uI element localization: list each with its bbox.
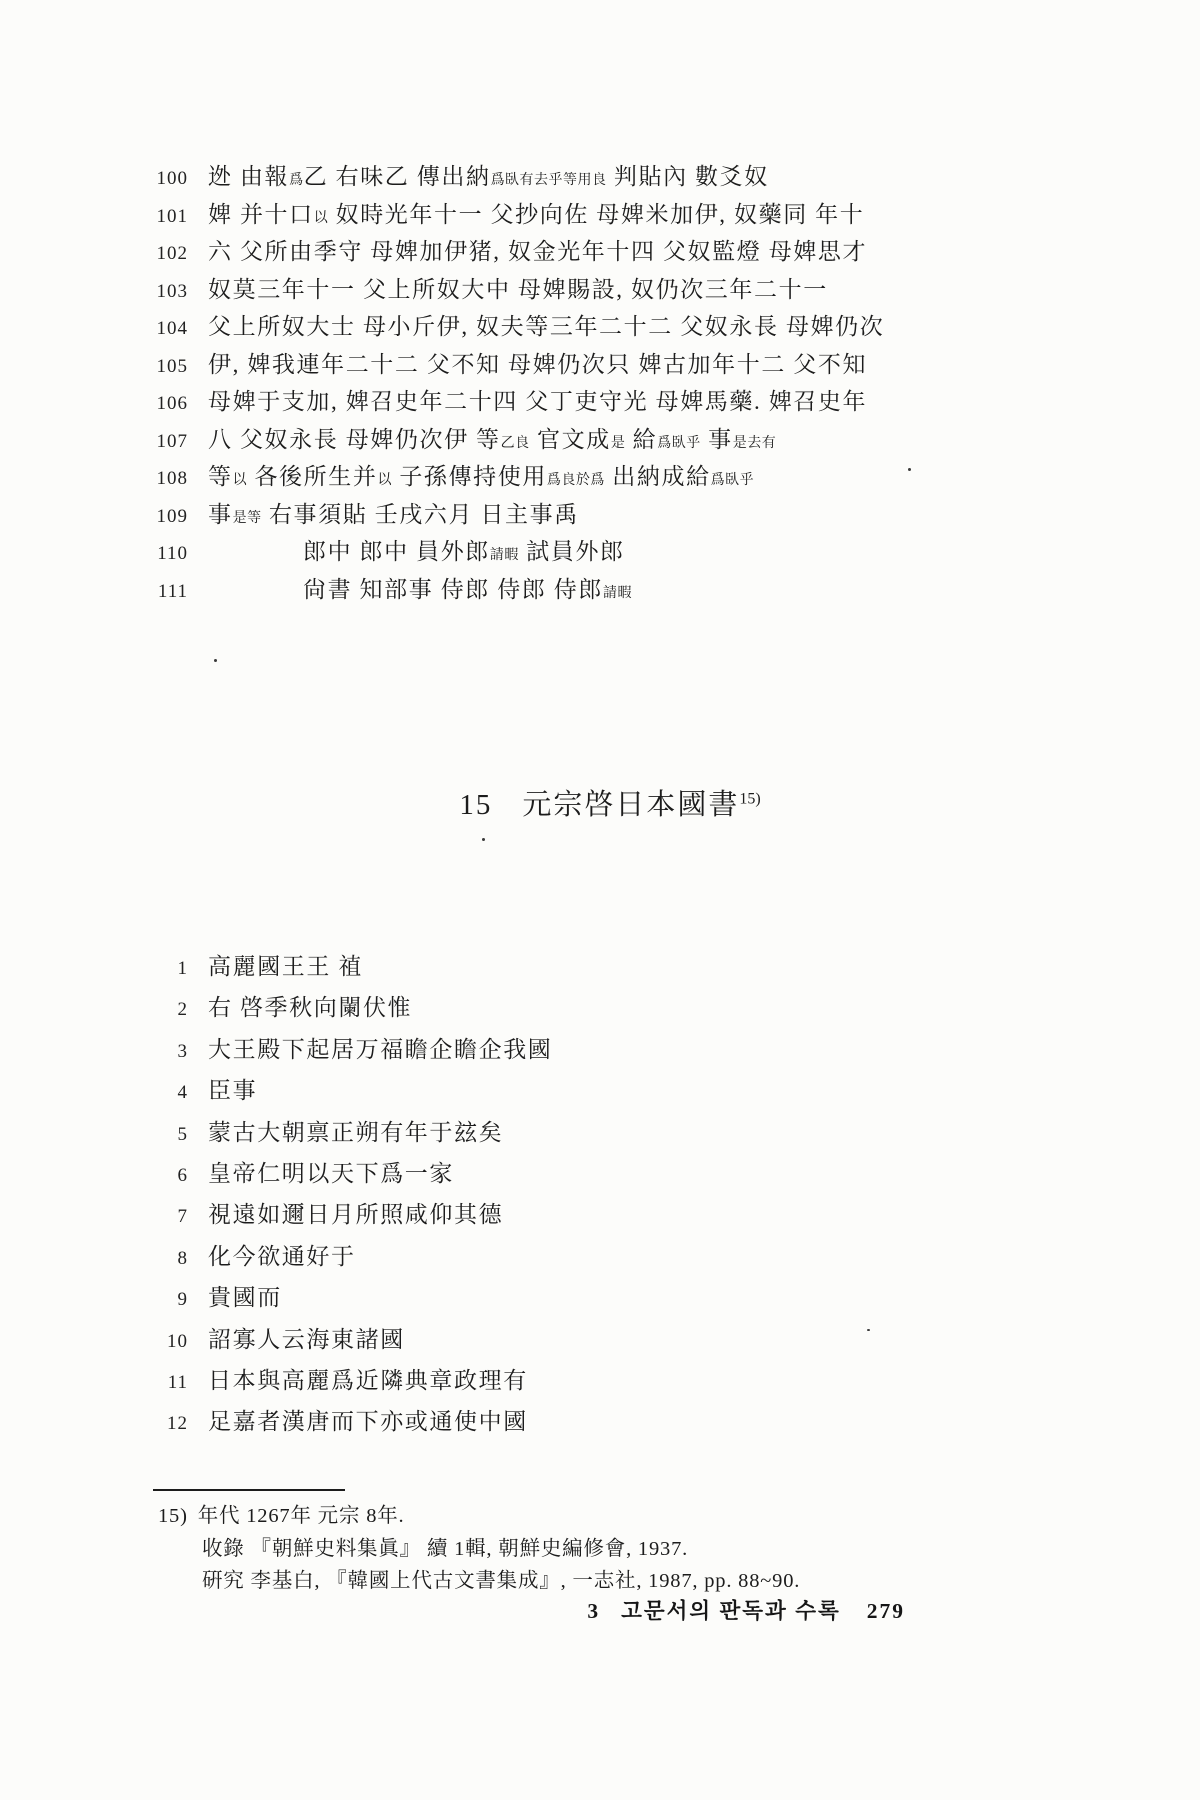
line-text: 足嘉者漢唐而下亦或通使中國 <box>208 1403 528 1436</box>
transcription-line: 11日本與高麗爲近隣典章政理有 <box>142 1362 552 1403</box>
footnote-line: 硏究 李基白, 『韓國上代古文書集成』, 一志社, 1987, pp. 88~9… <box>202 1565 800 1598</box>
main-text-segment: 大王殿下起居万福瞻企瞻企我國 <box>208 1037 552 1062</box>
line-number: 104 <box>142 318 188 340</box>
idu-gloss-text: 是去有 <box>733 436 777 451</box>
line-number: 3 <box>142 1041 188 1063</box>
line-number: 11 <box>142 1372 188 1394</box>
transcription-line: 6皇帝仁明以天下爲一家 <box>142 1155 552 1196</box>
transcription-line: 8化今欲通好于 <box>142 1238 552 1279</box>
main-text-segment: 八 父奴永長 母婢仍次伊 等 <box>208 427 501 452</box>
line-text: 母婢于支加, 婢召史年二十四 父丁吏守光 母婢馬藥. 婢召史年 <box>208 383 867 416</box>
section-number: 15 <box>459 789 492 821</box>
idu-gloss-text: 爲良於爲 <box>547 473 605 488</box>
footnote-separator-rule <box>153 1489 345 1491</box>
transcription-line: 2右 啓季秋向闌伏惟 <box>142 989 552 1030</box>
main-text-segment: 子孫傳持使用 <box>392 464 547 489</box>
idu-gloss-text: 以 <box>233 473 248 488</box>
idu-gloss-text: 乙良 <box>501 436 530 451</box>
line-number: 111 <box>142 581 188 603</box>
main-text-segment: 判貼內 數爻奴 <box>607 164 769 189</box>
transcription-line: 7視遠如邇日月所照咸仰其德 <box>142 1196 552 1237</box>
idu-gloss-text: 爲臥有去乎等用良 <box>491 173 607 188</box>
main-text-segment: 六 父所由季守 母婢加伊猪, 奴金光年十四 父奴監燈 母婢思才 <box>208 239 867 264</box>
footer-chapter-title: 고문서의 판독과 수록 <box>621 1599 841 1623</box>
transcription-line: 1高麗國王王 禃 <box>142 948 552 989</box>
idu-gloss-text: 請暇 <box>603 586 632 601</box>
footnote-entry: 年代 1267年 元宗 8年. <box>198 1505 405 1527</box>
transcription-line: 101婢 并十口以 奴時光年十一 父抄向佐 母婢米加伊, 奴藥同 年十 <box>142 196 884 234</box>
main-text-segment: 貴國而 <box>208 1285 282 1310</box>
line-text: 皇帝仁明以天下爲一家 <box>208 1155 454 1188</box>
main-text-segment: 事 <box>208 502 233 527</box>
idu-gloss-text: 以 <box>314 211 329 226</box>
transcription-line: 3大王殿下起居万福瞻企瞻企我國 <box>142 1031 552 1072</box>
main-text-segment: 高麗國王王 禃 <box>208 954 363 979</box>
main-text-segment: 日本與高麗爲近隣典章政理有 <box>208 1368 528 1393</box>
main-text-segment: 母婢于支加, 婢召史年二十四 父丁吏守光 母婢馬藥. 婢召史年 <box>208 389 867 414</box>
line-number: 106 <box>142 393 188 415</box>
idu-gloss-text: 請暇 <box>490 548 519 563</box>
line-number: 5 <box>142 1124 188 1146</box>
main-text-segment: 奴時光年十一 父抄向佐 母婢米加伊, 奴藥同 年十 <box>328 202 864 227</box>
footnote-entry: 硏究 李基白, 『韓國上代古文書集成』, 一志社, 1987, pp. 88~9… <box>202 1570 800 1592</box>
line-text: 視遠如邇日月所照咸仰其德 <box>208 1196 503 1229</box>
line-number: 9 <box>142 1289 188 1311</box>
line-text: 日本與高麗爲近隣典章政理有 <box>208 1362 528 1395</box>
line-number: 103 <box>142 281 188 303</box>
line-text: 化今欲通好于 <box>208 1238 356 1271</box>
line-text: 尙書 知部事 侍郎 侍郎 侍郎請暇 <box>303 571 632 604</box>
idu-gloss-text: 爲 <box>289 173 304 188</box>
transcription-line: 105伊, 婢我連年二十二 父不知 母婢仍次只 婢古加年十二 父不知 <box>142 346 884 384</box>
section-title: 元宗啓日本國書 <box>522 789 739 821</box>
main-text-segment: 婢 并十口 <box>208 202 314 227</box>
main-text-segment: 父上所奴大士 母小斤伊, 奴夫等三年二十二 父奴永長 母婢仍次 <box>208 314 884 339</box>
scan-speck <box>867 1329 870 1331</box>
line-number: 109 <box>142 506 188 528</box>
section-heading: 15元宗啓日本國書15) <box>240 782 980 823</box>
main-text-segment: 伊, 婢我連年二十二 父不知 母婢仍次只 婢古加年十二 父不知 <box>208 352 867 377</box>
transcription-line: 100迯 由報爲乙 右味乙 傳出納爲臥有去乎等用良 判貼內 數爻奴 <box>142 158 884 196</box>
line-text: 貴國而 <box>208 1279 282 1312</box>
main-text-segment: 右事須貼 壬戌六月 日主事禹 <box>262 502 579 527</box>
main-text-segment: 化今欲通好于 <box>208 1244 356 1269</box>
line-number: 100 <box>142 168 188 190</box>
line-text: 大王殿下起居万福瞻企瞻企我國 <box>208 1031 552 1064</box>
line-number: 110 <box>142 543 188 565</box>
main-text-segment: 出納成給 <box>605 464 711 489</box>
main-text-segment: 給 <box>625 427 657 452</box>
transcription-line: 102六 父所由季守 母婢加伊猪, 奴金光年十四 父奴監燈 母婢思才 <box>142 233 884 271</box>
line-text: 奴莫三年十一 父上所奴大中 母婢賜設, 奴仍次三年二十一 <box>208 271 828 304</box>
line-number: 101 <box>142 206 188 228</box>
footnote-marker: 15) <box>158 1505 188 1527</box>
transcription-block-upper: 100迯 由報爲乙 右味乙 傳出納爲臥有去乎等用良 判貼內 數爻奴101婢 并十… <box>142 158 884 608</box>
line-text: 事是等 右事須貼 壬戌六月 日主事禹 <box>208 496 579 529</box>
line-number: 2 <box>142 999 188 1021</box>
line-number: 108 <box>142 468 188 490</box>
transcription-line: 9貴國而 <box>142 1279 552 1320</box>
footer-page-number: 279 <box>867 1599 905 1623</box>
scan-speck <box>482 838 485 841</box>
main-text-segment: 郎中 郎中 員外郎 <box>303 539 490 564</box>
line-number: 4 <box>142 1082 188 1104</box>
line-text: 迯 由報爲乙 右味乙 傳出納爲臥有去乎等用良 判貼內 數爻奴 <box>208 158 769 191</box>
transcription-line: 103奴莫三年十一 父上所奴大中 母婢賜設, 奴仍次三年二十一 <box>142 271 884 309</box>
main-text-segment: 詔寡人云海東諸國 <box>208 1327 405 1352</box>
main-text-segment: 試員外郎 <box>519 539 625 564</box>
line-number: 1 <box>142 958 188 980</box>
idu-gloss-text: 是等 <box>233 511 262 526</box>
main-text-segment: 官文成 <box>530 427 611 452</box>
transcription-line: 109事是等 右事須貼 壬戌六月 日主事禹 <box>142 496 884 534</box>
scan-speck <box>908 468 911 471</box>
main-text-segment: 臣事 <box>208 1078 257 1103</box>
main-text-segment: 迯 由報 <box>208 164 289 189</box>
page-footer: 3고문서의 판독과 수록279 <box>587 1594 905 1625</box>
main-text-segment: 等 <box>208 464 233 489</box>
line-text: 八 父奴永長 母婢仍次伊 等乙良 官文成是 給爲臥乎 事是去有 <box>208 421 776 454</box>
scan-speck <box>214 659 217 662</box>
transcription-line: 5蒙古大朝禀正朔有年于玆矣 <box>142 1114 552 1155</box>
main-text-segment: 乙 右味乙 傳出納 <box>304 164 491 189</box>
idu-gloss-text: 是 <box>611 436 626 451</box>
transcription-line: 110郎中 郎中 員外郎請暇 試員外郎 <box>142 533 884 571</box>
line-text: 父上所奴大士 母小斤伊, 奴夫等三年二十二 父奴永長 母婢仍次 <box>208 308 884 341</box>
line-text: 伊, 婢我連年二十二 父不知 母婢仍次只 婢古加年十二 父不知 <box>208 346 867 379</box>
line-number: 107 <box>142 431 188 453</box>
line-text: 高麗國王王 禃 <box>208 948 363 981</box>
main-text-segment: 各後所生并 <box>247 464 377 489</box>
main-text-segment: 視遠如邇日月所照咸仰其德 <box>208 1202 503 1227</box>
transcription-line: 106母婢于支加, 婢召史年二十四 父丁吏守光 母婢馬藥. 婢召史年 <box>142 383 884 421</box>
line-number: 12 <box>142 1413 188 1435</box>
line-text: 詔寡人云海東諸國 <box>208 1321 405 1354</box>
idu-gloss-text: 爲臥乎 <box>657 436 701 451</box>
footnote-block: 15)年代 1267年 元宗 8年.收錄 『朝鮮史料集眞』 續 1輯, 朝鮮史編… <box>158 1500 800 1598</box>
line-number: 7 <box>142 1206 188 1228</box>
transcription-line: 107八 父奴永長 母婢仍次伊 等乙良 官文成是 給爲臥乎 事是去有 <box>142 421 884 459</box>
line-text: 婢 并十口以 奴時光年十一 父抄向佐 母婢米加伊, 奴藥同 年十 <box>208 196 864 229</box>
line-text: 郎中 郎中 員外郎請暇 試員外郎 <box>303 533 625 566</box>
main-text-segment: 蒙古大朝禀正朔有年于玆矣 <box>208 1120 503 1145</box>
main-text-segment: 右 啓季秋向闌伏惟 <box>208 995 412 1020</box>
idu-gloss-text: 以 <box>377 473 392 488</box>
footnote-line: 收錄 『朝鮮史料集眞』 續 1輯, 朝鮮史編修會, 1937. <box>202 1533 800 1566</box>
transcription-line: 10詔寡人云海東諸國 <box>142 1321 552 1362</box>
main-text-segment: 皇帝仁明以天下爲一家 <box>208 1161 454 1186</box>
line-number: 10 <box>142 1331 188 1353</box>
transcription-line: 4臣事 <box>142 1072 552 1113</box>
line-text: 六 父所由季守 母婢加伊猪, 奴金光年十四 父奴監燈 母婢思才 <box>208 233 867 266</box>
footnote-entry: 收錄 『朝鮮史料集眞』 續 1輯, 朝鮮史編修會, 1937. <box>202 1538 688 1560</box>
transcription-line: 111尙書 知部事 侍郎 侍郎 侍郎請暇 <box>142 571 884 609</box>
line-number: 6 <box>142 1165 188 1187</box>
main-text-segment: 奴莫三年十一 父上所奴大中 母婢賜設, 奴仍次三年二十一 <box>208 277 828 302</box>
idu-gloss-text: 爲臥乎 <box>711 473 755 488</box>
main-text-segment: 事 <box>701 427 733 452</box>
main-text-segment: 足嘉者漢唐而下亦或通使中國 <box>208 1409 528 1434</box>
transcription-line: 108等以 各後所生并以 子孫傳持使用爲良於爲 出納成給爲臥乎 <box>142 458 884 496</box>
transcription-block-lower: 1高麗國王王 禃2右 啓季秋向闌伏惟3大王殿下起居万福瞻企瞻企我國4臣事5蒙古大… <box>142 948 552 1445</box>
transcription-line: 104父上所奴大士 母小斤伊, 奴夫等三年二十二 父奴永長 母婢仍次 <box>142 308 884 346</box>
footer-chapter-number: 3 <box>587 1599 599 1623</box>
line-number: 8 <box>142 1248 188 1270</box>
main-text-segment: 尙書 知部事 侍郎 侍郎 侍郎 <box>303 577 603 602</box>
transcription-line: 12足嘉者漢唐而下亦或通使中國 <box>142 1403 552 1444</box>
heading-footnote-ref: 15) <box>739 790 760 807</box>
line-text: 臣事 <box>208 1072 257 1105</box>
line-text: 蒙古大朝禀正朔有年于玆矣 <box>208 1114 503 1147</box>
footnote-line: 15)年代 1267年 元宗 8年. <box>158 1500 800 1533</box>
scanned-book-page: 100迯 由報爲乙 右味乙 傳出納爲臥有去乎等用良 判貼內 數爻奴101婢 并十… <box>0 0 1200 1800</box>
line-number: 105 <box>142 356 188 378</box>
line-text: 等以 各後所生并以 子孫傳持使用爲良於爲 出納成給爲臥乎 <box>208 458 754 491</box>
line-text: 右 啓季秋向闌伏惟 <box>208 989 412 1022</box>
line-number: 102 <box>142 243 188 265</box>
